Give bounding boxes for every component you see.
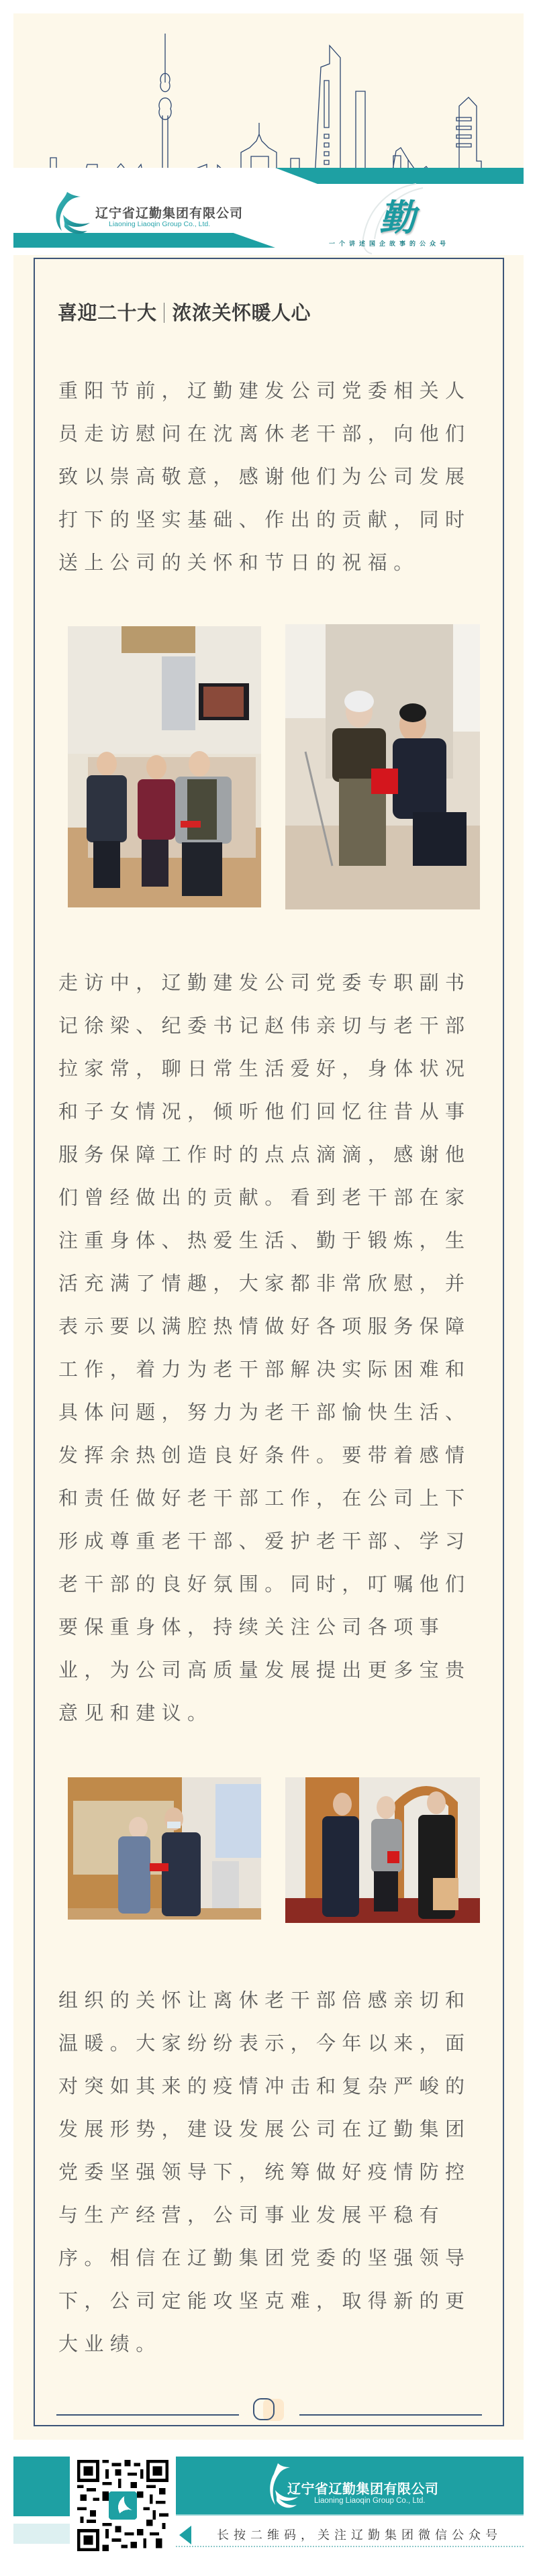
text-line: 和子女情况，倾听他们回忆往昔从事 bbox=[58, 1090, 488, 1133]
divider-line-left bbox=[56, 2414, 239, 2416]
text-line: 党委坚强领导下，统筹做好疫情防控 bbox=[58, 2150, 488, 2193]
paragraph-1: 重阳节前，辽勤建发公司党委相关人 员走访慰问在沈离休老干部，向他们 致以崇高敬意… bbox=[58, 369, 488, 584]
footer-company-name-en: Liaoning Liaoqin Group Co., Ltd. bbox=[314, 2497, 426, 2505]
text-line: 送上公司的关怀和节日的祝福。 bbox=[58, 541, 488, 584]
photo-visit-sofa bbox=[68, 626, 261, 907]
qr-code[interactable] bbox=[77, 2460, 168, 2551]
text-line: 走访中，辽勤建发公司党委专职副书 bbox=[58, 961, 488, 1004]
title-left: 喜迎二十大 bbox=[58, 301, 157, 324]
paragraph-3: 组织的关怀让离休老干部倍感亲切和 温暖。大家纷纷表示，今年以来，面 对突如其来的… bbox=[58, 1979, 488, 2365]
company-name-en: Liaoning Liaoqin Group Co., Ltd. bbox=[109, 220, 210, 228]
slogan: 一个讲述国企故事的公众号 bbox=[329, 239, 450, 248]
text-line: 业，为公司高质量发展提出更多宝贵 bbox=[58, 1648, 488, 1691]
text-line: 下，公司定能攻坚克难，取得新的更 bbox=[58, 2279, 488, 2322]
text-line: 与生产经营，公司事业发展平稳有 bbox=[58, 2193, 488, 2236]
text-line: 要保重身体，持续关注公司各项事 bbox=[58, 1605, 488, 1648]
text-line: 工作，着力为老干部解决实际困难和 bbox=[58, 1348, 488, 1391]
text-line: 具体问题，努力为老干部愉快生活、 bbox=[58, 1391, 488, 1434]
text-line: 重阳节前，辽勤建发公司党委相关人 bbox=[58, 369, 488, 412]
title-right: 浓浓关怀暖人心 bbox=[173, 301, 311, 324]
text-line: 温暖。大家纷纷表示，今年以来，面 bbox=[58, 2022, 488, 2065]
triangle-left-icon bbox=[179, 2526, 191, 2544]
text-line: 组织的关怀让离休老干部倍感亲切和 bbox=[58, 1979, 488, 2022]
text-line: 们曾经做出的贡献。看到老干部在家 bbox=[58, 1176, 488, 1219]
text-line: 意见和建议。 bbox=[58, 1691, 488, 1734]
text-line: 发展形势，建设发展公司在辽勤集团 bbox=[58, 2108, 488, 2150]
text-line: 注重身体、热爱生活、勤于锻炼，生 bbox=[58, 1219, 488, 1262]
title-separator bbox=[164, 303, 164, 323]
photo-visit-doorway bbox=[285, 1777, 480, 1923]
footer-teal-block bbox=[13, 2457, 70, 2516]
qr-code-icon bbox=[77, 2460, 168, 2551]
text-line: 员走访慰问在沈离休老干部，向他们 bbox=[58, 412, 488, 455]
paragraph-2: 走访中，辽勤建发公司党委专职副书 记徐梁、纪委书记赵伟亲切与老干部 拉家常，聊日… bbox=[58, 961, 488, 1734]
text-line: 大业绩。 bbox=[58, 2322, 488, 2365]
text-line: 记徐梁、纪委书记赵伟亲切与老干部 bbox=[58, 1004, 488, 1047]
text-line: 致以崇高敬意，感谢他们为公司发展 bbox=[58, 455, 488, 498]
text-line: 拉家常，聊日常生活爱好，身体状况 bbox=[58, 1047, 488, 1090]
text-line: 和责任做好老干部工作，在公司上下 bbox=[58, 1477, 488, 1520]
divider-ornament-icon bbox=[253, 2398, 275, 2420]
footer-company-name-cn: 辽宁省辽勤集团有限公司 bbox=[287, 2478, 439, 2497]
qin-calligraphy-logo: 勤 bbox=[379, 189, 416, 241]
header-banner: 辽宁省辽勤集团有限公司 Liaoning Liaoqin Group Co., … bbox=[13, 13, 524, 255]
company-name-cn: 辽宁省辽勤集团有限公司 bbox=[95, 203, 243, 221]
photo-visit-kneeling bbox=[285, 624, 480, 909]
dotted-divider bbox=[176, 2546, 524, 2547]
text-line: 表示要以满腔热情做好各项服务保障 bbox=[58, 1305, 488, 1348]
divider-line-right bbox=[299, 2414, 482, 2416]
text-line: 对突如其来的疫情冲击和复杂严峻的 bbox=[58, 2065, 488, 2108]
article-title: 喜迎二十大浓浓关怀暖人心 bbox=[58, 298, 311, 326]
text-line: 发挥余热创造良好条件。要带着感情 bbox=[58, 1434, 488, 1477]
footer-light-block bbox=[13, 2524, 70, 2544]
text-line: 活充满了情趣，大家都非常欣慰，并 bbox=[58, 1262, 488, 1305]
follow-caption: 长按二维码，关注辽勤集团微信公众号 bbox=[217, 2526, 502, 2543]
text-line: 形成尊重老干部、爱护老干部、学习 bbox=[58, 1520, 488, 1563]
text-line: 服务保障工作时的点点滴滴，感谢他 bbox=[58, 1133, 488, 1176]
text-line: 老干部的良好氛围。同时，叮嘱他们 bbox=[58, 1563, 488, 1605]
phoenix-logo-icon bbox=[40, 189, 101, 236]
text-line: 打下的坚实基础、作出的贡献，同时 bbox=[58, 498, 488, 541]
text-line: 序。相信在辽勤集团党委的坚强领导 bbox=[58, 2236, 488, 2279]
photo-visit-cabinet bbox=[68, 1777, 261, 1920]
